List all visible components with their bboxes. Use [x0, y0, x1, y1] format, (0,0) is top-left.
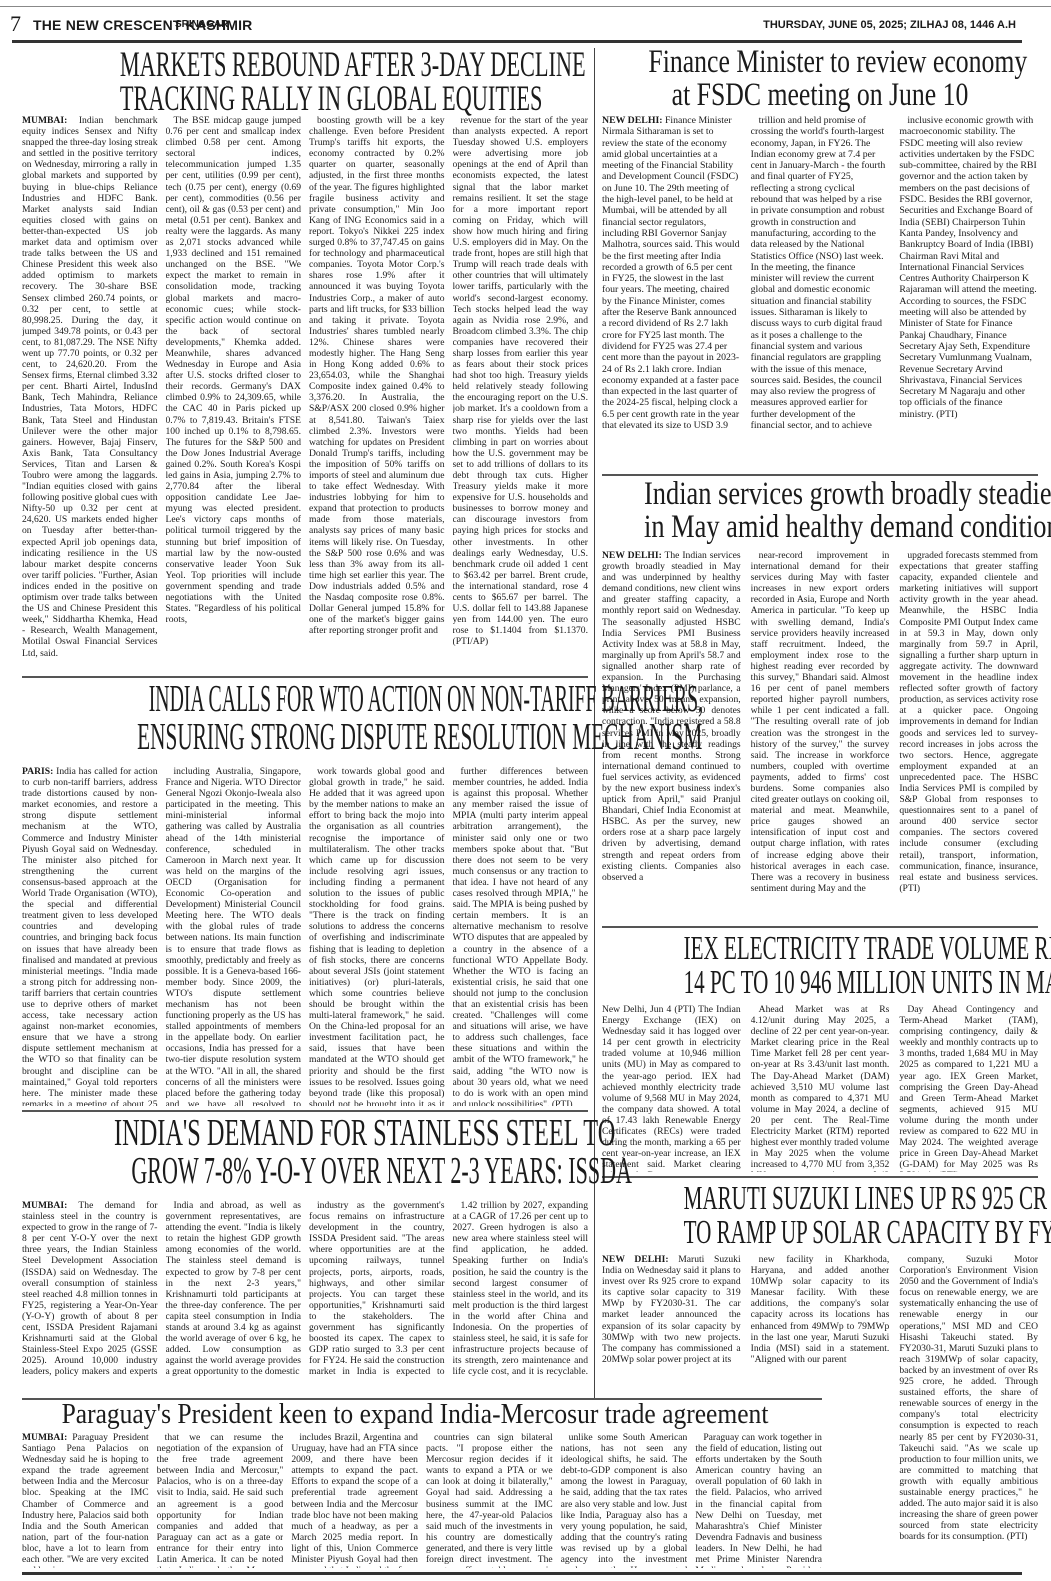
article-column: includes Brazil, Argentina and Uruguay, … [291, 1432, 418, 1568]
dateline: MUMBAI: [22, 1432, 67, 1443]
article-column: unlike some South American nations, has … [561, 1432, 688, 1568]
article-column: work towards global good and global grow… [309, 766, 445, 1106]
article-column: MUMBAI: The demand for stainless steel i… [22, 1200, 158, 1376]
column-text: trillion and held promise of crossing th… [751, 115, 890, 431]
column-text: India has called for action to curb non-… [22, 766, 158, 1106]
section-rule [602, 926, 1038, 928]
edition-city: SRINAGAR [175, 19, 228, 30]
column-text: Finance Minister Nirmala Sitharaman is s… [602, 115, 740, 431]
column-text: industry as the government's focus remai… [309, 1200, 445, 1376]
article-column: that we can resume the negotiation of th… [157, 1432, 284, 1568]
column-text: New Delhi, Jun 4 (PTI) The Indian Energy… [602, 1004, 741, 1172]
article-column: upgraded forecasts stemmed from expectat… [899, 550, 1038, 920]
headline-line: at FSDC meeting on June 10 [672, 77, 969, 113]
column-text: 1.42 trillion by 2027, expanding at a CA… [453, 1200, 589, 1376]
article-column: Ahead Market was at Rs 4.12/unit during … [751, 1004, 890, 1172]
column-text: includes Brazil, Argentina and Uruguay, … [291, 1432, 418, 1568]
story-body-markets: MUMBAI: Indian benchmark equity indices … [22, 115, 588, 675]
headline-line: INDIA CALLS FOR WTO ACTION ON NON-TARIFF… [149, 678, 703, 720]
column-text: The demand for stainless steel in the co… [22, 1200, 158, 1376]
column-text: revenue for the start of the year than a… [453, 115, 589, 648]
article-column: trillion and held promise of crossing th… [751, 115, 890, 470]
headline-line: MARUTI SUZUKI LINES UP RS 925 CR [684, 1180, 1047, 1217]
column-text: Day Ahead Contingency and Term-Ahead Mar… [899, 1004, 1038, 1172]
headline-steel: INDIA'S DEMAND FOR STAINLESS STEEL TO GR… [10, 1114, 588, 1198]
page-number: 7 [10, 11, 21, 37]
article-column: further differences between member count… [453, 766, 589, 1106]
column-text: work towards global good and global grow… [309, 766, 445, 1106]
headline-markets: MARKETS REBOUND AFTER 3-DAY DECLINE TRAC… [10, 46, 588, 112]
article-column: Day Ahead Contingency and Term-Ahead Mar… [899, 1004, 1038, 1172]
column-text: Paraguay can work together in the field … [695, 1432, 822, 1568]
page-bottom-rule [22, 1572, 1022, 1575]
column-text: new facility in Kharkhoda, Haryana, and … [751, 1254, 890, 1365]
column-text: boosting growth will be a key challenge.… [309, 115, 445, 636]
headline-maruti: MARUTI SUZUKI LINES UP RS 925 CR TO RAMP… [600, 1182, 1040, 1252]
article-column: NEW DELHI: Finance Minister Nirmala Sith… [602, 115, 741, 470]
column-text: Maruti Suzuki India on Wednesday said it… [602, 1254, 741, 1365]
column-text: unlike some South American nations, has … [561, 1432, 688, 1568]
column-text: Indian benchmark equity indices Sensex a… [22, 115, 158, 659]
masthead: 7 THE NEW CRESCENT KASHMIR SRINAGAR THUR… [0, 6, 1051, 40]
headline-iex: IEX ELECTRICITY TRADE VOLUME RISES 14 PC… [600, 932, 1040, 1002]
article-column: MUMBAI: Indian benchmark equity indices … [22, 115, 158, 675]
headline-line: IEX ELECTRICITY TRADE VOLUME RISES [684, 930, 1051, 967]
article-column: revenue for the start of the year than a… [453, 115, 589, 675]
story-body-fsdc: NEW DELHI: Finance Minister Nirmala Sith… [602, 115, 1038, 470]
section-rule [602, 1176, 1038, 1178]
column-text: India and abroad, as well as government … [166, 1200, 302, 1376]
headline-line: GROW 7-8% Y-O-Y OVER NEXT 2-3 YEARS: ISS… [131, 1150, 632, 1192]
column-text: Ahead Market was at Rs 4.12/unit during … [751, 1004, 890, 1172]
column-text: company, Suzuki Motor Corporation's Envi… [899, 1254, 1038, 1542]
article-column: boosting growth will be a key challenge.… [309, 115, 445, 675]
headline-services: Indian services growth broadly steadied … [600, 478, 1040, 550]
column-text: near-record improvement in international… [751, 550, 890, 894]
column-text: further differences between member count… [453, 766, 589, 1106]
article-column: PARIS: India has called for action to cu… [22, 766, 158, 1106]
article-column: inclusive economic growth with macroecon… [899, 115, 1038, 470]
headline-line: Finance Minister to review economy [648, 44, 1027, 80]
column-text: The BSE midcap gauge jumped 0.76 per cen… [166, 115, 302, 625]
article-column: industry as the government's focus remai… [309, 1200, 445, 1376]
headline-line: 14 PC TO 10 946 MILLION UNITS IN MAY [684, 964, 1051, 1001]
article-column: company, Suzuki Motor Corporation's Envi… [899, 1254, 1038, 1542]
story-body-steel: MUMBAI: The demand for stainless steel i… [22, 1200, 588, 1376]
issue-date: THURSDAY, JUNE 05, 2025; ZILHAJ 08, 1446… [763, 19, 1016, 31]
column-text: countries can sign bilateral pacts. "I p… [426, 1432, 553, 1568]
headline-wto: INDIA CALLS FOR WTO ACTION ON NON-TARIFF… [10, 680, 588, 762]
headline-line: TO RAMP UP SOLAR CAPACITY BY FY31 [684, 1214, 1051, 1251]
masthead-rule [12, 40, 1022, 43]
headline-line: Paraguay's President keen to expand Indi… [62, 1398, 769, 1430]
column-text: inclusive economic growth with macroecon… [899, 115, 1038, 420]
headline-line: Indian services growth broadly steadied [644, 476, 1051, 512]
dateline: PARIS: [22, 766, 53, 777]
article-column: near-record improvement in international… [751, 550, 890, 920]
article-column: MUMBAI: Paraguay President Santiago Pena… [22, 1432, 149, 1568]
article-column: 1.42 trillion by 2027, expanding at a CA… [453, 1200, 589, 1376]
dateline: NEW DELHI: [602, 1254, 669, 1265]
headline-paraguay: Paraguay's President keen to expand Indi… [10, 1400, 820, 1434]
column-text: Paraguay President Santiago Pena Palacio… [22, 1432, 149, 1568]
headline-fsdc: Finance Minister to review economy at FS… [600, 46, 1040, 112]
dateline: MUMBAI: [22, 115, 67, 126]
column-text: upgraded forecasts stemmed from expectat… [899, 550, 1038, 894]
headline-line: TRACKING RALLY IN GLOBAL EQUITIES [120, 78, 543, 118]
article-column: countries can sign bilateral pacts. "I p… [426, 1432, 553, 1568]
article-column: The BSE midcap gauge jumped 0.76 per cen… [166, 115, 302, 675]
story-body-iex: New Delhi, Jun 4 (PTI) The Indian Energy… [602, 1004, 1038, 1172]
article-column: India and abroad, as well as government … [166, 1200, 302, 1376]
dateline: MUMBAI: [22, 1200, 67, 1211]
article-column: Paraguay can work together in the field … [695, 1432, 822, 1568]
story-body-maruti: NEW DELHI: Maruti Suzuki India on Wednes… [602, 1254, 1038, 1394]
headline-line: in May amid healthy demand conditions [644, 509, 1051, 545]
column-text: including Australia, Singapore, France a… [166, 766, 302, 1106]
headline-line: INDIA'S DEMAND FOR STAINLESS STEEL TO [114, 1112, 615, 1154]
article-column: New Delhi, Jun 4 (PTI) The Indian Energy… [602, 1004, 741, 1172]
dateline: NEW DELHI: [602, 115, 663, 126]
headline-line: ENSURING STRONG DISPUTE RESOLUTION MECHA… [137, 716, 702, 758]
story-body-paraguay: MUMBAI: Paraguay President Santiago Pena… [22, 1432, 822, 1568]
dateline: NEW DELHI: [602, 550, 662, 561]
column-text: that we can resume the negotiation of th… [157, 1432, 284, 1568]
story-body-wto: PARIS: India has called for action to cu… [22, 766, 588, 1106]
article-column: including Australia, Singapore, France a… [166, 766, 302, 1106]
